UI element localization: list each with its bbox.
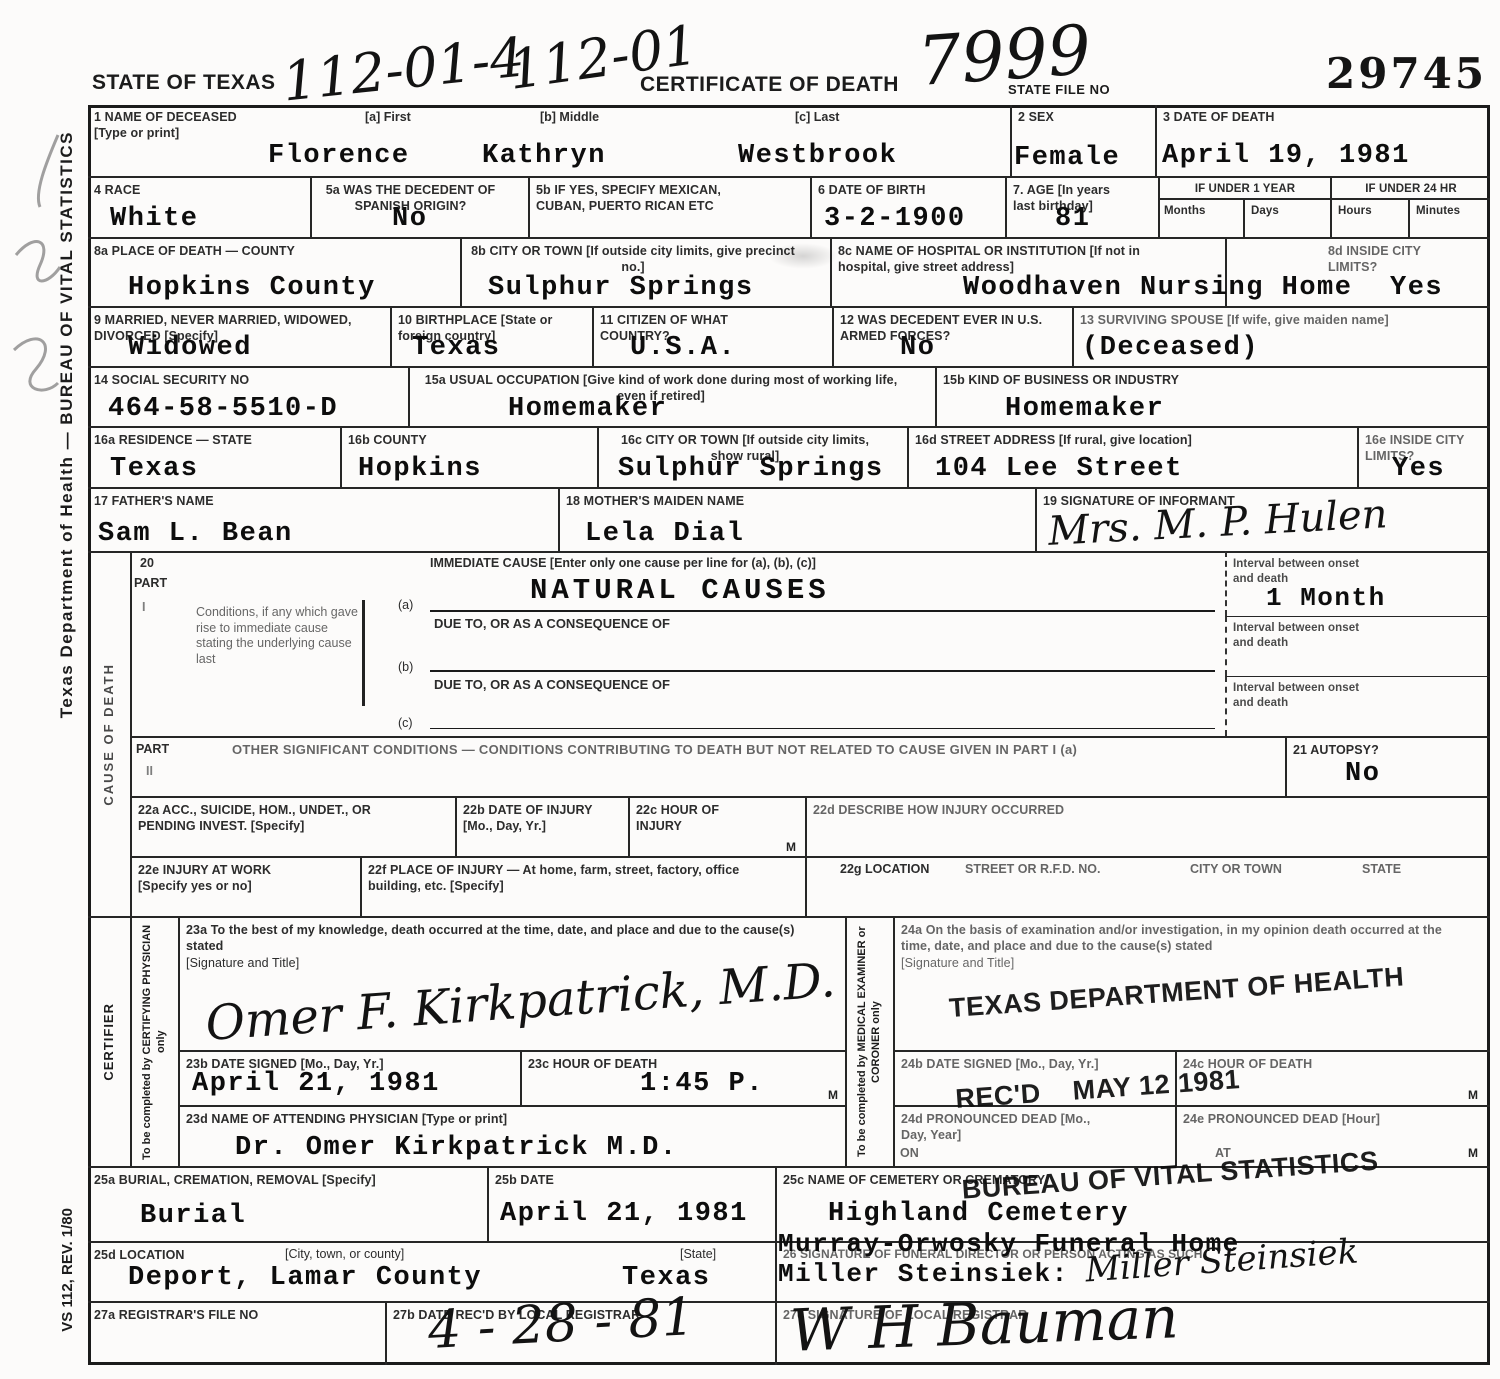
state-of-texas-label: STATE OF TEXAS bbox=[92, 70, 276, 96]
cause-part-label: PART bbox=[134, 576, 167, 592]
value-residence-street: 104 Lee Street bbox=[935, 453, 1183, 487]
meridiem-22c: M bbox=[786, 840, 796, 855]
agency-vertical-label: Texas Department of Health — BUREAU OF V… bbox=[46, 95, 88, 754]
field-22c-injury-hour: 22c HOUR OF INJURY bbox=[628, 796, 805, 856]
value-23b-date-signed: April 21, 1981 bbox=[192, 1068, 440, 1102]
physician-strip-label: To be completed by CERTIFYING PHYSICIAN … bbox=[141, 920, 169, 1164]
part2-label: PART bbox=[136, 742, 169, 758]
value-23d-attending: Dr. Omer Kirkpatrick M.D. bbox=[235, 1132, 678, 1166]
value-mother-maiden-name: Lela Dial bbox=[585, 518, 744, 552]
value-date-of-death: April 19, 1981 bbox=[1162, 140, 1410, 174]
field-armed-forces: 12 WAS DECEDENT EVER IN U.S. ARMED FORCE… bbox=[832, 306, 1072, 366]
value-23c-hour: 1:45 P. bbox=[640, 1068, 764, 1102]
field-interval-b: Interval between onset and death bbox=[1225, 616, 1490, 676]
received-stamp: TEXAS DEPARTMENT OF HEALTH REC'D MAY 12 … bbox=[944, 906, 1421, 1261]
value-sex: Female bbox=[1014, 142, 1120, 176]
physician-strip: To be completed by CERTIFYING PHYSICIAN … bbox=[130, 916, 178, 1166]
field-minutes: Minutes bbox=[1408, 198, 1490, 237]
certifier-label: CERTIFIER bbox=[101, 1003, 117, 1081]
form-code-vertical: VS 112, REV. 1/80 bbox=[50, 1160, 86, 1379]
value-25b-date: April 21, 1981 bbox=[500, 1198, 748, 1232]
value-residence-inside-limits: Yes bbox=[1392, 453, 1445, 487]
value-father-name: Sam L. Bean bbox=[98, 518, 293, 552]
value-residence-county: Hopkins bbox=[358, 453, 482, 487]
due-to-label-1: DUE TO, OR AS A CONSEQUENCE OF bbox=[434, 616, 670, 632]
value-death-inside-limits: Yes bbox=[1390, 272, 1443, 306]
stamp-line-2: REC'D MAY 12 1981 bbox=[954, 1047, 1412, 1121]
cause-number: 20 bbox=[140, 556, 154, 572]
value-interval-a: 1 Month bbox=[1266, 582, 1386, 615]
value-occupation: Homemaker bbox=[508, 393, 667, 427]
part2-text: OTHER SIGNIFICANT CONDITIONS — CONDITION… bbox=[232, 742, 1077, 758]
field-27a-registrar-file-no: 27a REGISTRAR'S FILE NO bbox=[88, 1301, 385, 1365]
value-last-name: Westbrook bbox=[738, 140, 897, 174]
meridiem-23c: M bbox=[828, 1088, 838, 1103]
field-interval-c: Interval between onset and death bbox=[1225, 676, 1490, 736]
value-residence-city: Sulphur Springs bbox=[618, 453, 884, 487]
cause-line-c bbox=[430, 700, 1215, 729]
line-b-tag: (b) bbox=[398, 660, 413, 676]
value-death-city: Sulphur Springs bbox=[488, 272, 754, 306]
label-24d-on: ON bbox=[900, 1146, 919, 1162]
due-to-label-2: DUE TO, OR AS A CONSEQUENCE OF bbox=[434, 677, 670, 693]
sublabel-first: [a] First bbox=[365, 110, 411, 126]
field-occupation: 15a USUAL OCCUPATION [Give kind of work … bbox=[408, 366, 935, 426]
value-residence-state: Texas bbox=[110, 453, 199, 487]
field-autopsy: 21 AUTOPSY? bbox=[1285, 736, 1490, 796]
field-22d-describe-injury: 22d DESCRIBE HOW INJURY OCCURRED bbox=[805, 796, 1490, 856]
meridiem-24e: M bbox=[1468, 1146, 1478, 1161]
meridiem-24c: M bbox=[1468, 1088, 1478, 1103]
line-c-tag: (c) bbox=[398, 716, 413, 732]
label-22g-street: STREET OR R.F.D. NO. bbox=[965, 862, 1100, 878]
value-25a-type: Burial bbox=[140, 1200, 246, 1234]
value-ssn: 464-58-5510-D bbox=[108, 393, 338, 427]
value-immediate-cause: NATURAL CAUSES bbox=[530, 573, 830, 609]
value-25d-city: Deport, Lamar County bbox=[128, 1262, 482, 1296]
stamp-line-3: BUREAU OF VITAL STATISTICS bbox=[960, 1138, 1418, 1212]
field-22b-injury-date: 22b DATE OF INJURY [Mo., Day, Yr.] bbox=[455, 796, 628, 856]
field-hours: Hours bbox=[1330, 198, 1408, 237]
value-hospital: Woodhaven Nursing Home bbox=[963, 272, 1352, 306]
cause-of-death-vertical-strip: CAUSE OF DEATH bbox=[88, 551, 130, 916]
sublabel-last: [c] Last bbox=[795, 110, 839, 126]
sublabel-25d-city: [City, town, or county] bbox=[285, 1247, 404, 1263]
value-middle-name: Kathryn bbox=[482, 140, 606, 174]
value-birthplace: Texas bbox=[412, 332, 501, 366]
immediate-cause-label: IMMEDIATE CAUSE [Enter only one cause pe… bbox=[430, 556, 816, 572]
label-22g-location: 22g LOCATION bbox=[840, 862, 929, 878]
state-file-number: 29745 bbox=[1326, 48, 1487, 101]
value-surviving-spouse: (Deceased) bbox=[1082, 332, 1259, 366]
conditions-note: Conditions, if any which gave rise to im… bbox=[196, 605, 358, 668]
medical-examiner-strip: To be completed by MEDICAL EXAMINER or C… bbox=[845, 916, 893, 1166]
value-spanish-origin: No bbox=[392, 203, 427, 237]
field-spanish-specify: 5b IF YES, SPECIFY MEXICAN, CUBAN, PUERT… bbox=[528, 176, 810, 237]
handwritten-date-received: 4 - 28 - 81 bbox=[426, 1285, 696, 1364]
field-22e-injury-at-work: 22e INJURY AT WORK [Specify yes or no] bbox=[130, 856, 360, 916]
value-citizen: U.S.A. bbox=[630, 332, 736, 366]
value-first-name: Florence bbox=[268, 140, 410, 174]
label-22g-state: STATE bbox=[1362, 862, 1401, 878]
conditions-brace-line bbox=[362, 600, 365, 706]
value-age: 81 bbox=[1055, 203, 1090, 237]
agency-label: Texas Department of Health — BUREAU OF V… bbox=[56, 131, 77, 718]
form-code-label: VS 112, REV. 1/80 bbox=[59, 1208, 78, 1332]
medical-examiner-strip-label: To be completed by MEDICAL EXAMINER or C… bbox=[856, 920, 884, 1164]
cause-part-numeral: I bbox=[142, 600, 145, 616]
field-months: Months bbox=[1158, 198, 1243, 237]
label-22g-city: CITY OR TOWN bbox=[1190, 862, 1282, 878]
handwritten-code-3: 7999 bbox=[915, 8, 1094, 105]
death-certificate-scan: Texas Department of Health — BUREAU OF V… bbox=[0, 0, 1500, 1379]
sublabel-middle: [b] Middle bbox=[540, 110, 599, 126]
value-death-county: Hopkins County bbox=[128, 272, 376, 306]
signature-local-registrar: W H Bauman bbox=[789, 1281, 1180, 1367]
sublabel-25d-state: [State] bbox=[680, 1247, 716, 1263]
field-days: Days bbox=[1243, 198, 1330, 237]
field-22f-place-of-injury: 22f PLACE OF INJURY — At home, farm, str… bbox=[360, 856, 805, 916]
value-marital: Widowed bbox=[128, 332, 252, 366]
certifier-vertical-strip: CERTIFIER bbox=[88, 916, 130, 1166]
cause-of-death-label: CAUSE OF DEATH bbox=[101, 663, 117, 806]
value-autopsy: No bbox=[1345, 758, 1380, 792]
value-race: White bbox=[110, 203, 199, 237]
stamp-line-1: TEXAS DEPARTMENT OF HEALTH bbox=[948, 956, 1406, 1030]
line-a-tag: (a) bbox=[398, 598, 413, 614]
handwritten-code-1: 112-01-4 bbox=[279, 24, 527, 116]
cause-line-b bbox=[430, 640, 1215, 672]
part2-numeral: II bbox=[146, 764, 153, 780]
value-armed-forces: No bbox=[900, 332, 935, 366]
value-industry: Homemaker bbox=[1005, 393, 1164, 427]
field-22a-manner: 22a ACC., SUICIDE, HOM., UNDET., OR PEND… bbox=[130, 796, 455, 856]
value-date-of-birth: 3-2-1900 bbox=[824, 203, 966, 237]
